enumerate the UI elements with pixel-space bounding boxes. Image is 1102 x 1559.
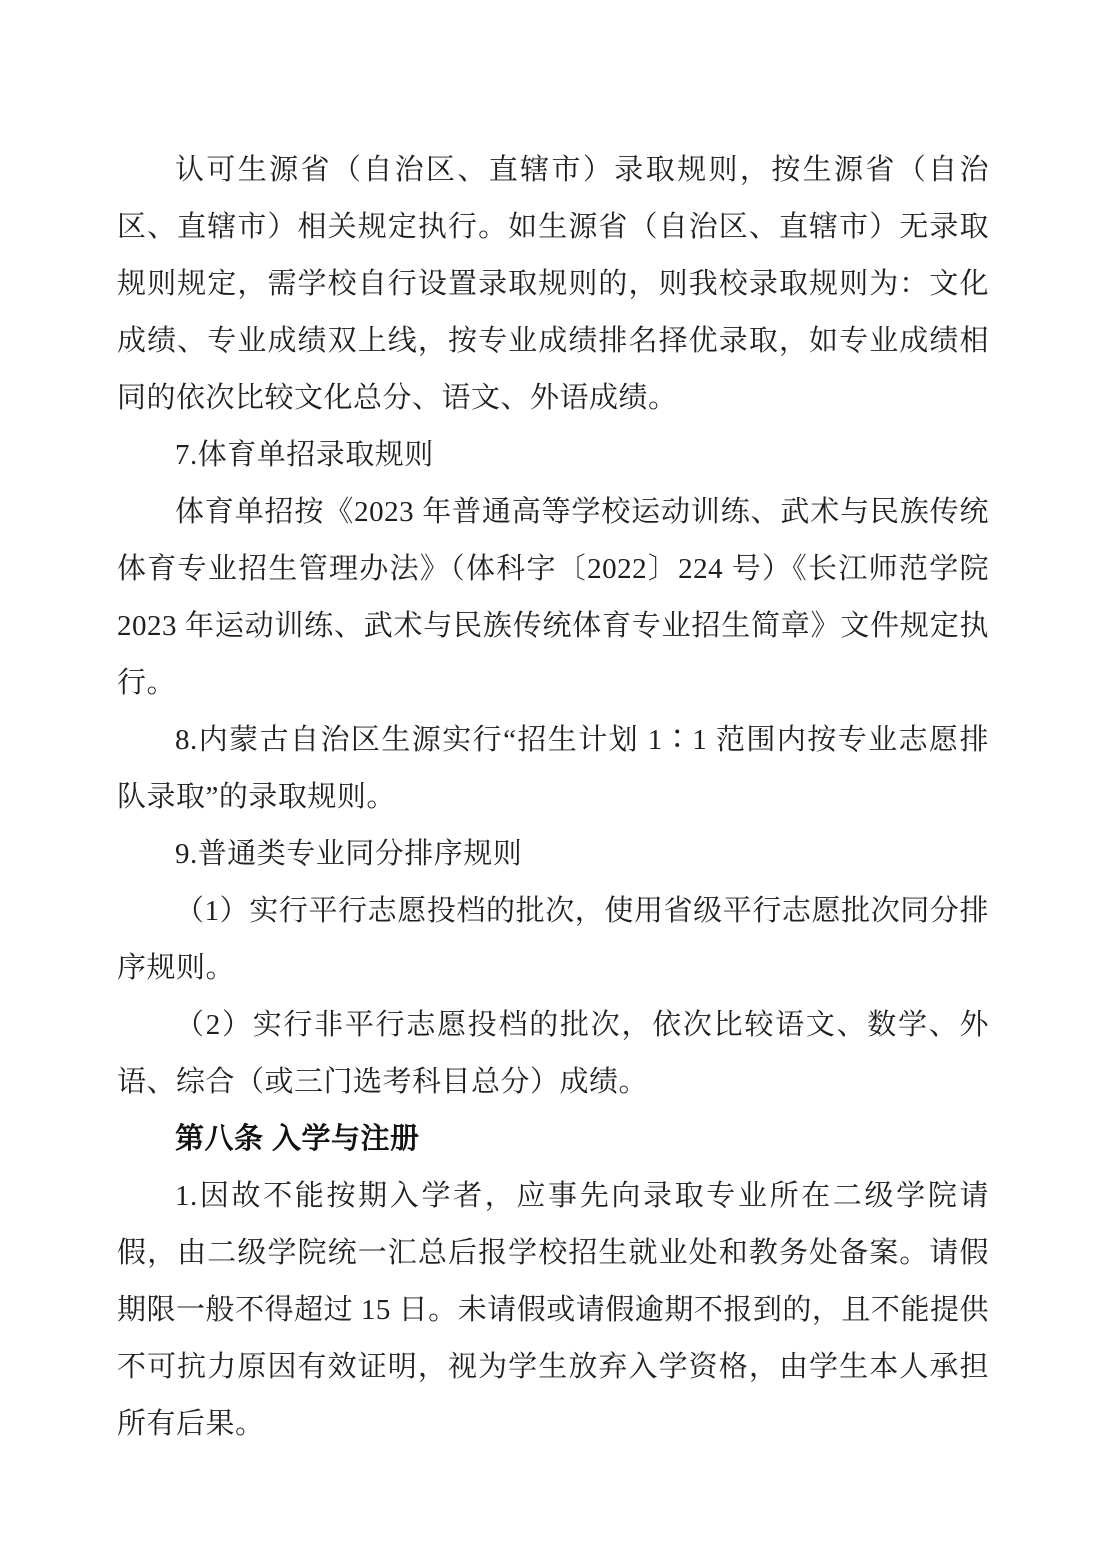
section-heading-article-8: 第八条 入学与注册	[117, 1111, 989, 1168]
paragraph-item-9-sub1: （1）实行平行志愿投档的批次，使用省级平行志愿批次同分排序规则。	[117, 883, 989, 997]
document-page: 认可生源省（自治区、直辖市）录取规则，按生源省（自治区、直辖市）相关规定执行。如…	[0, 0, 1102, 1559]
paragraph-item-7-body: 体育单招按《2023 年普通高等学校运动训练、武术与民族传统体育专业招生管理办法…	[117, 484, 989, 712]
paragraph-item-9-title: 9.普通类专业同分排序规则	[117, 826, 989, 883]
paragraph-item-9-sub2: （2）实行非平行志愿投档的批次，依次比较语文、数学、外语、综合（或三门选考科目总…	[117, 997, 989, 1111]
paragraph-item-7-title: 7.体育单招录取规则	[117, 427, 989, 484]
paragraph-admission-rule-general: 认可生源省（自治区、直辖市）录取规则，按生源省（自治区、直辖市）相关规定执行。如…	[117, 142, 989, 427]
paragraph-item-8: 8.内蒙古自治区生源实行“招生计划 1∶1 范围内按专业志愿排队录取”的录取规则…	[117, 712, 989, 826]
document-content: 认可生源省（自治区、直辖市）录取规则，按生源省（自治区、直辖市）相关规定执行。如…	[117, 142, 989, 1453]
paragraph-article-8-item-1: 1.因故不能按期入学者，应事先向录取专业所在二级学院请假，由二级学院统一汇总后报…	[117, 1168, 989, 1453]
